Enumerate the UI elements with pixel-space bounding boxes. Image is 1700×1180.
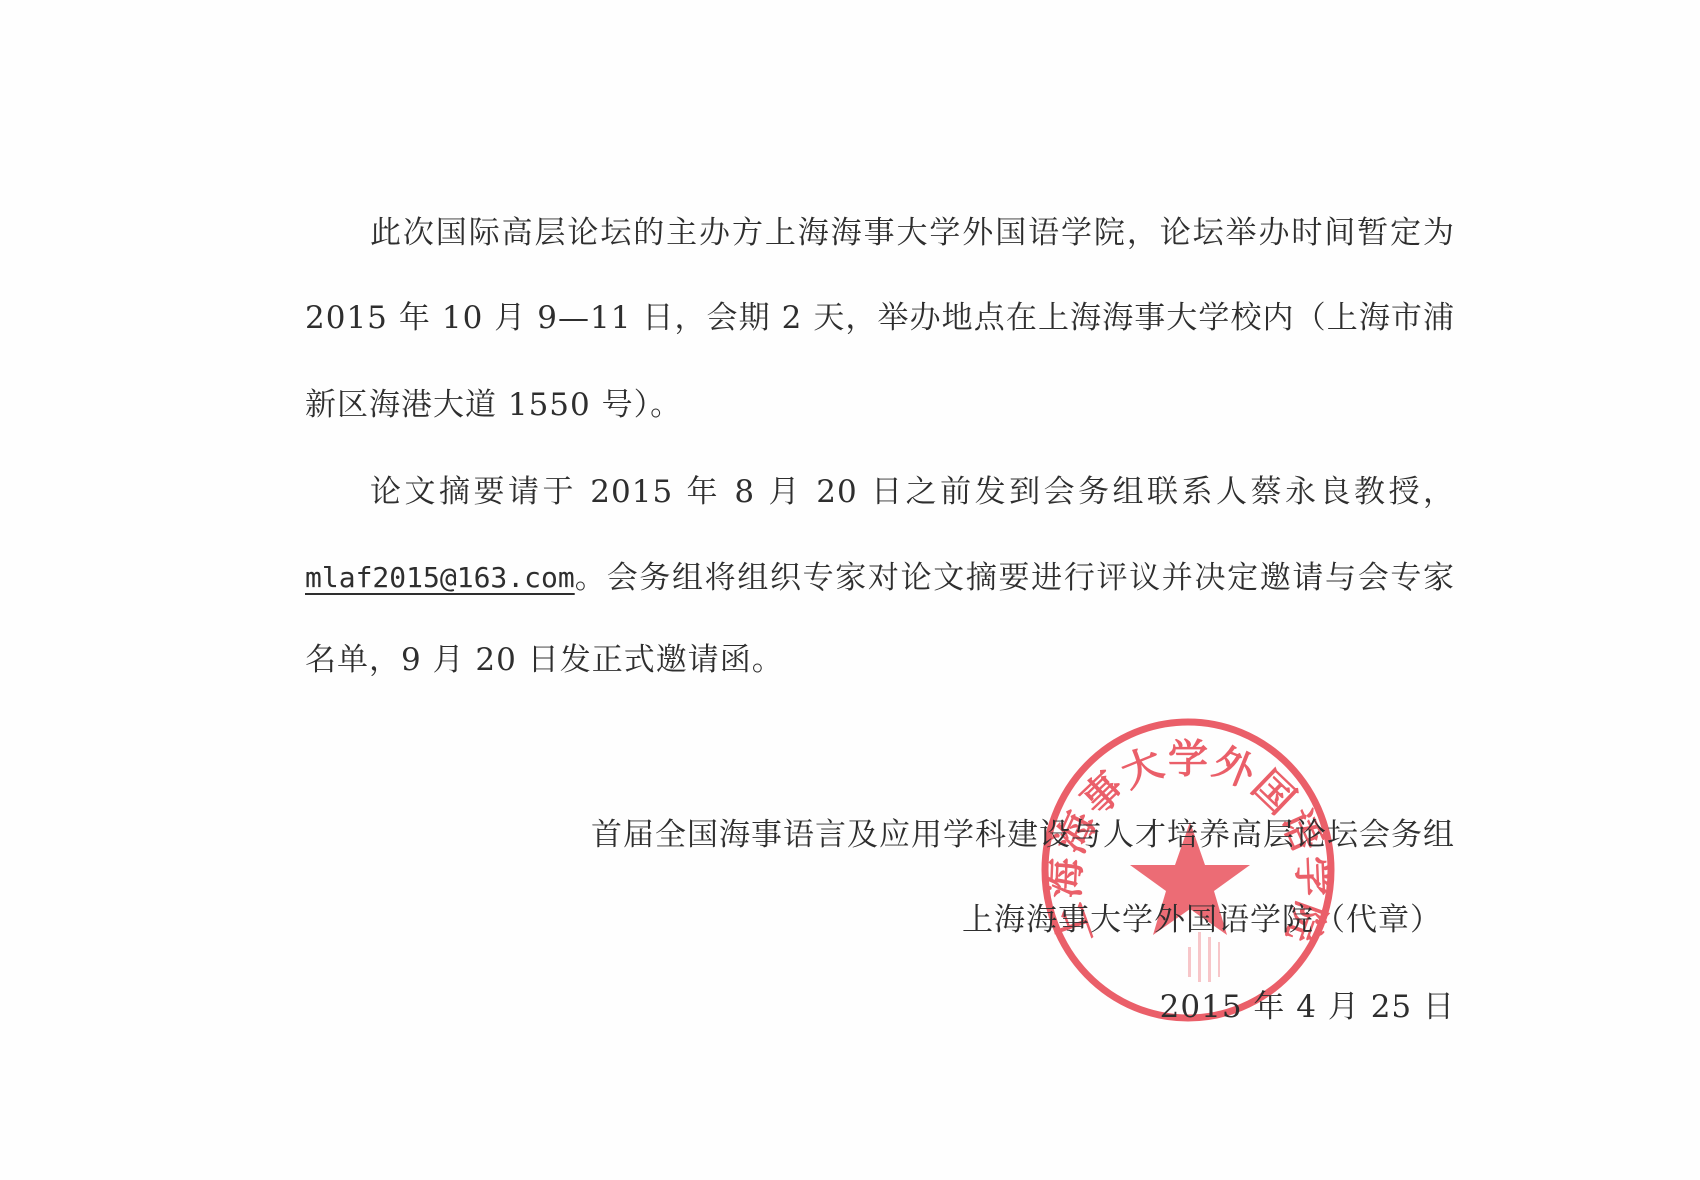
paragraph-2-line-1: 论文摘要请于 2015 年 8 月 20 日之前发到会务组联系人蔡永良教授， bbox=[370, 470, 1455, 514]
email-period: 。 bbox=[575, 556, 607, 600]
signature-organizer: 首届全国海事语言及应用学科建设与人才培养高层论坛会务组 bbox=[591, 813, 1455, 857]
paragraph-2-line-3: 名单，9 月 20 日发正式邀请函。 bbox=[305, 638, 1455, 682]
paragraph-2-line-2-text: 会务组将组织专家对论文摘要进行评议并决定邀请与会专家 bbox=[607, 556, 1455, 600]
email-link[interactable]: mlaf2015@163.com bbox=[305, 556, 575, 600]
paragraph-1-line-1: 此次国际高层论坛的主办方上海海事大学外国语学院，论坛举办时间暂定为 bbox=[370, 211, 1455, 255]
signature-institution: 上海海事大学外国语学院（代章） bbox=[962, 898, 1442, 942]
paragraph-1-line-3: 新区海港大道 1550 号）。 bbox=[305, 383, 1455, 427]
paragraph-1-line-2: 2015 年 10 月 9—11 日，会期 2 天，举办地点在上海海事大学校内（… bbox=[305, 296, 1455, 340]
official-seal-stamp: 上海海事大学外国语学院 bbox=[1038, 717, 1338, 1023]
paragraph-2-line-2: mlaf2015@163.com。会务组将组织专家对论文摘要进行评议并决定邀请与… bbox=[305, 556, 1455, 600]
document-page: 此次国际高层论坛的主办方上海海事大学外国语学院，论坛举办时间暂定为 2015 年… bbox=[0, 0, 1700, 1180]
signature-date: 2015 年 4 月 25 日 bbox=[1160, 985, 1455, 1029]
